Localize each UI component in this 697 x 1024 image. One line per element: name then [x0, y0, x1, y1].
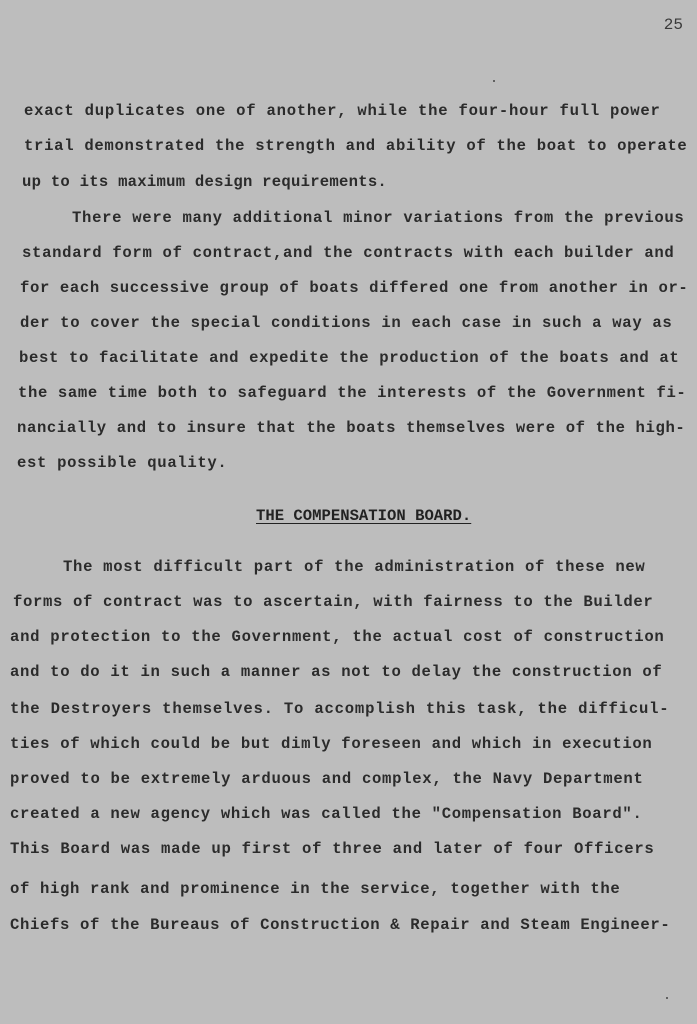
- text-line: der to cover the special conditions in e…: [20, 314, 672, 332]
- ink-speck: [493, 80, 495, 82]
- text-line: the same time both to safeguard the inte…: [18, 384, 686, 402]
- text-line: created a new agency which was called th…: [10, 805, 642, 823]
- text-line: This Board was made up first of three an…: [10, 840, 655, 858]
- text-line: best to facilitate and expedite the prod…: [19, 349, 679, 367]
- section-heading: THE COMPENSATION BOARD.: [256, 507, 471, 525]
- text-line: for each successive group of boats diffe…: [20, 279, 688, 297]
- text-line: exact duplicates one of another, while t…: [24, 102, 661, 120]
- text-line: forms of contract was to ascertain, with…: [13, 593, 653, 611]
- text-line: up to its maximum design requirements.: [22, 173, 387, 191]
- text-line: trial demonstrated the strength and abil…: [24, 137, 687, 155]
- text-line: ties of which could be but dimly foresee…: [10, 735, 652, 753]
- text-line: standard form of contract,and the contra…: [22, 244, 674, 262]
- text-line: and to do it in such a manner as not to …: [10, 663, 662, 681]
- text-line: est possible quality.: [17, 454, 227, 472]
- text-line: the Destroyers themselves. To accomplish…: [10, 700, 669, 718]
- ink-speck: [666, 997, 668, 999]
- text-line: nancially and to insure that the boats t…: [17, 419, 685, 437]
- text-line: Chiefs of the Bureaus of Construction & …: [10, 916, 670, 934]
- text-line: There were many additional minor variati…: [72, 209, 684, 227]
- page-number: 25: [664, 16, 683, 34]
- text-line: The most difficult part of the administr…: [63, 558, 645, 576]
- text-line: of high rank and prominence in the servi…: [10, 880, 620, 898]
- text-line: and protection to the Government, the ac…: [10, 628, 665, 646]
- text-line: proved to be extremely arduous and compl…: [10, 770, 644, 788]
